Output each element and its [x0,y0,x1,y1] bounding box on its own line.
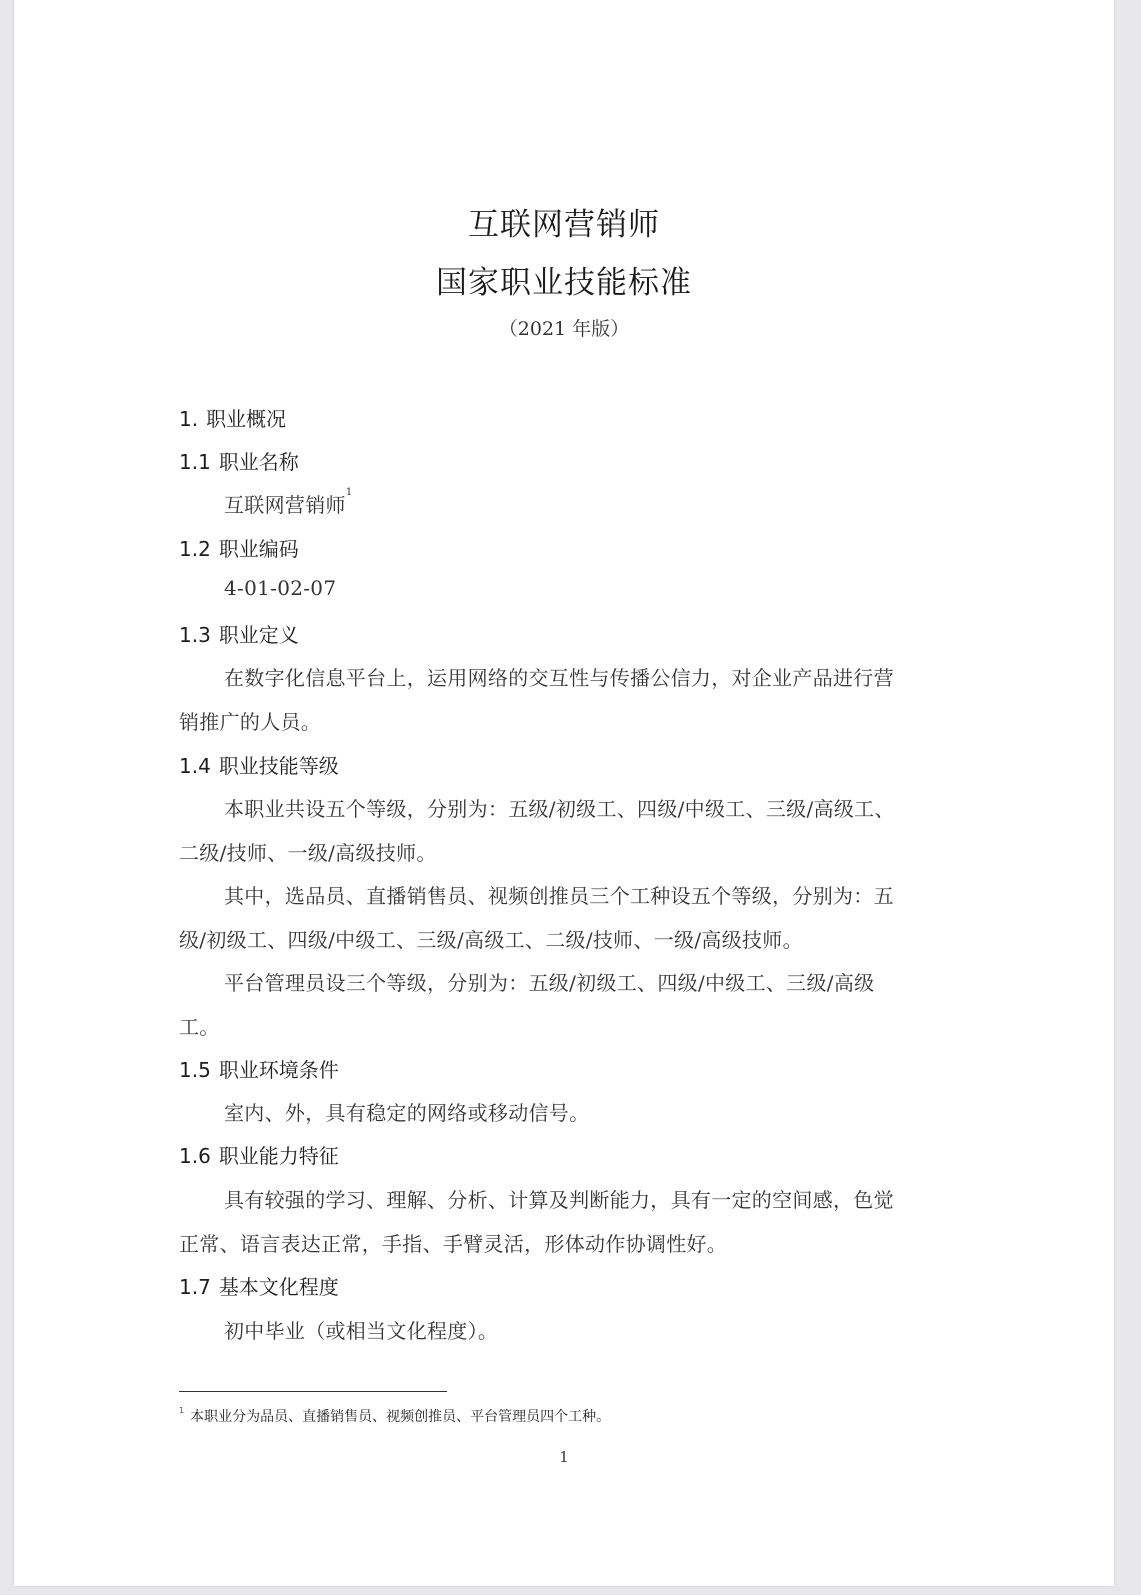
section-heading-1-2: 1.2职业编码 [179,533,299,562]
section-title: 职业环境条件 [219,1058,339,1082]
paragraph-line: 本职业共设五个等级，分别为：五级/初级工、四级/中级工、三级/高级工、 [224,793,895,822]
paragraph-line: 平台管理员设三个等级，分别为：五级/初级工、四级/中级工、三级/高级 [224,967,874,996]
section-number: 1.5 [179,1058,211,1082]
footnote-marker: 1 [179,1406,184,1415]
section-number: 1.4 [179,754,211,778]
document-subtitle: 国家职业技能标准 [14,257,1114,302]
section-heading-1-5: 1.5职业环境条件 [179,1054,339,1083]
paragraph-line: 在数字化信息平台上，运用网络的交互性与传播公信力，对企业产品进行营 [224,662,894,691]
edition-label: （2021 年版） [14,314,1114,341]
document-page: 互联网营销师 国家职业技能标准 （2021 年版） 1.职业概况 1.1职业名称… [14,0,1114,1586]
section-heading-1-6: 1.6职业能力特征 [179,1140,339,1169]
paragraph-text: 互联网营销师 [224,493,346,517]
section-number: 1.3 [179,623,211,647]
footnote-text: 本职业分为品员、直播销售员、视频创推员、平台管理员四个工种。 [190,1409,610,1425]
occupation-code: 4-01-02-07 [224,576,336,600]
footnote-divider [179,1391,447,1392]
section-number: 1.1 [179,450,211,474]
section-number: 1.7 [179,1275,211,1299]
section-heading-1: 1.职业概况 [179,403,286,432]
page-number: 1 [14,1448,1114,1466]
paragraph-line: 室内、外，具有稳定的网络或移动信号。 [224,1097,589,1126]
document-title: 互联网营销师 [14,199,1114,244]
section-title: 职业技能等级 [219,754,339,778]
paragraph-line: 销推广的人员。 [179,706,321,735]
paragraph-line: 正常、语言表达正常，手指、手臂灵活，形体动作协调性好。 [179,1228,727,1257]
footnote: 1本职业分为品员、直播销售员、视频创推员、平台管理员四个工种。 [179,1406,610,1426]
section-title: 职业能力特征 [219,1144,339,1168]
paragraph-line: 初中毕业（或相当文化程度）。 [224,1315,498,1344]
section-heading-1-7: 1.7基本文化程度 [179,1271,339,1300]
paragraph-line: 其中，选品员、直播销售员、视频创推员三个工种设五个等级，分别为：五 [224,880,894,909]
section-title: 职业概况 [206,407,286,431]
section-title: 职业编码 [219,537,299,561]
section-title: 职业定义 [219,623,299,647]
paragraph-line: 二级/技师、一级/高级技师。 [179,837,437,866]
section-heading-1-4: 1.4职业技能等级 [179,750,339,779]
section-number: 1.2 [179,537,211,561]
footnote-ref[interactable]: 1 [346,487,353,498]
section-heading-1-3: 1.3职业定义 [179,619,299,648]
paragraph-line: 工。 [179,1011,220,1040]
occupation-name: 互联网营销师1 [224,489,352,518]
section-title: 基本文化程度 [219,1275,339,1299]
section-heading-1-1: 1.1职业名称 [179,446,299,475]
paragraph-line: 具有较强的学习、理解、分析、计算及判断能力，具有一定的空间感，色觉 [224,1184,894,1213]
section-number: 1.6 [179,1144,211,1168]
section-number: 1. [179,407,198,431]
section-title: 职业名称 [219,450,299,474]
paragraph-line: 级/初级工、四级/中级工、三级/高级工、二级/技师、一级/高级技师。 [179,924,803,953]
